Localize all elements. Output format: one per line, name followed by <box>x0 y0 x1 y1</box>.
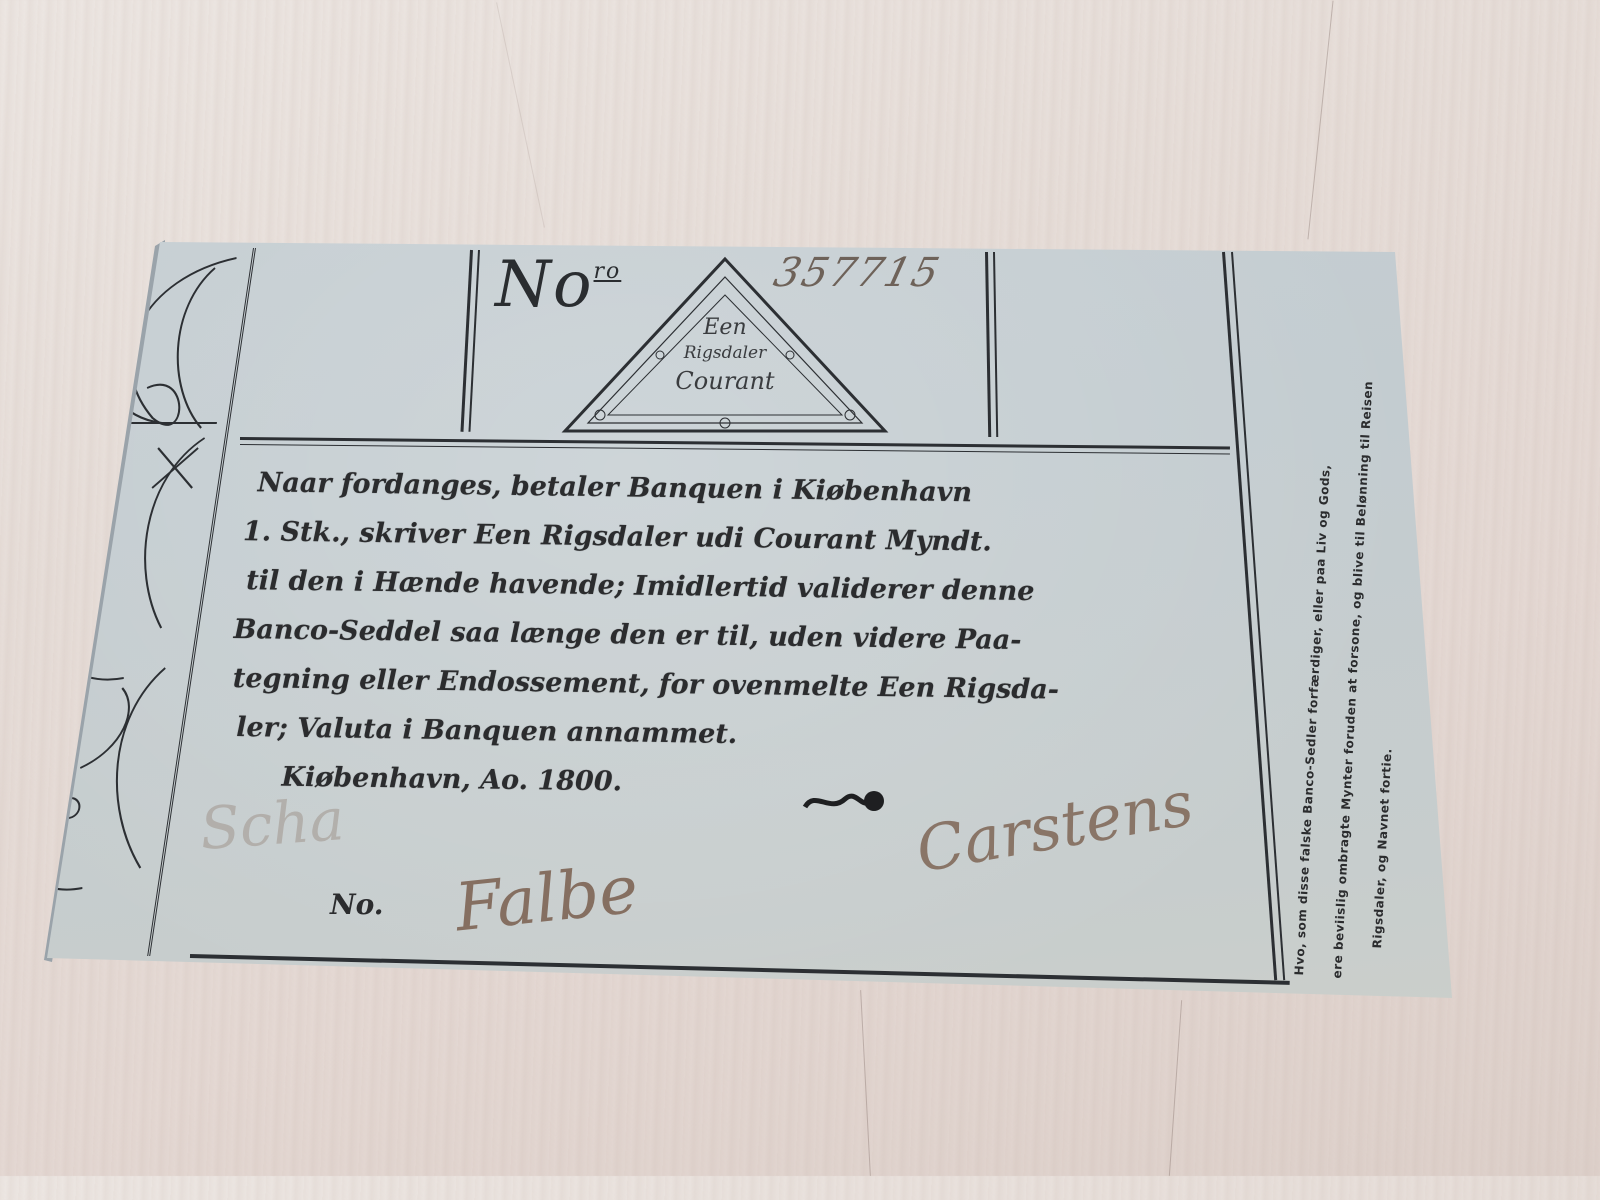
side-text-column: Hvo, som disse falske Banco-Sedler forfæ… <box>1292 464 1333 976</box>
frame-rule-vertical <box>993 252 998 437</box>
denomination-triangle: Een Rigsdaler Courant <box>560 255 890 435</box>
triangle-line-3: Courant <box>560 367 890 395</box>
signature-left: Falbe <box>451 851 641 947</box>
number-label: No. <box>330 888 384 921</box>
banknote: Noro 357715 Een Rigsdaler Courant Naar f… <box>0 0 1568 1176</box>
promissory-text: Naar fordanges, betaler Banquen i Kiøben… <box>231 458 1246 815</box>
wood-grain-line <box>1307 1 1333 240</box>
triangle-line-2: Rigsdaler <box>560 343 890 363</box>
wood-grain-line <box>496 2 545 227</box>
side-text-column: ere beviislig ombragte Mynter foruden at… <box>1330 380 1375 978</box>
triangle-line-1: Een <box>560 315 890 340</box>
flourish-icon <box>800 785 890 815</box>
side-text-column: Rigsdaler, og Navnet fortie. <box>1370 748 1394 949</box>
faint-signature: Scha <box>198 785 347 863</box>
wood-grain-line <box>860 990 871 1176</box>
frame-rule-bottom <box>190 954 1290 985</box>
wood-grain-line <box>1169 1000 1182 1176</box>
frame-rule-horizontal <box>240 437 1230 450</box>
frame-rule-vertical <box>985 252 991 437</box>
